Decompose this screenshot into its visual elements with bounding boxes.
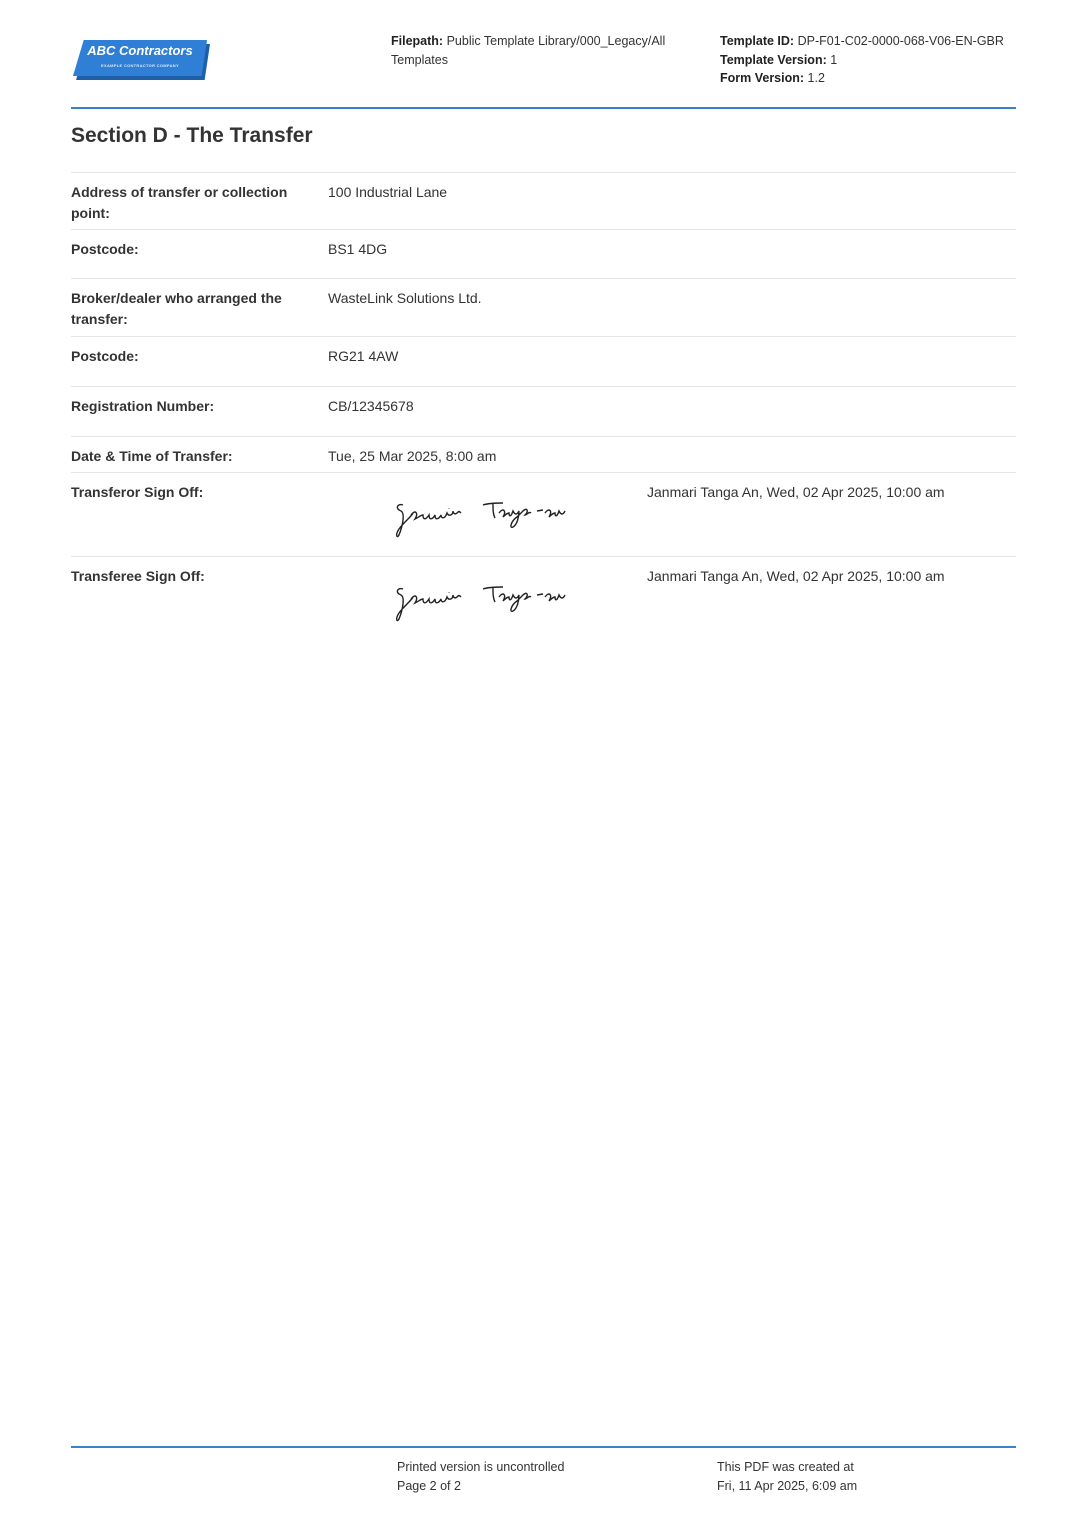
table-row: Postcode: RG21 4AW	[71, 336, 1016, 386]
signer-details: Janmari Tanga An, Wed, 02 Apr 2025, 10:0…	[647, 566, 945, 587]
table-row: Postcode: BS1 4DG	[71, 229, 1016, 278]
logo-title: ABC Contractors	[73, 43, 207, 58]
template-id: Template ID: DP-F01-C02-0000-068-V06-EN-…	[720, 32, 1020, 51]
company-logo: ABC Contractors EXAMPLE CONTRACTOR COMPA…	[73, 40, 209, 80]
logo-subtitle: EXAMPLE CONTRACTOR COMPANY	[73, 63, 207, 68]
row-label: Address of transfer or collection point:	[71, 182, 301, 224]
table-row: Registration Number: CB/12345678	[71, 386, 1016, 436]
row-label: Transferor Sign Off:	[71, 482, 301, 503]
page-header: ABC Contractors EXAMPLE CONTRACTOR COMPA…	[71, 28, 1016, 108]
row-label: Postcode:	[71, 346, 301, 367]
form-version-label: Form Version:	[720, 71, 804, 85]
header-divider	[71, 107, 1016, 109]
row-value: CB/12345678	[328, 396, 414, 417]
signer-details: Janmari Tanga An, Wed, 02 Apr 2025, 10:0…	[647, 482, 945, 503]
footer-divider	[71, 1446, 1016, 1448]
page-number: Page 2 of 2	[397, 1477, 564, 1496]
uncontrolled-notice: Printed version is uncontrolled	[397, 1458, 564, 1477]
template-version-value: 1	[830, 53, 837, 67]
row-label: Transferee Sign Off:	[71, 566, 301, 587]
filepath-label: Filepath:	[391, 34, 443, 48]
section-title: Section D - The Transfer	[71, 124, 313, 148]
row-label: Date & Time of Transfer:	[71, 446, 301, 467]
template-version-label: Template Version:	[720, 53, 827, 67]
template-id-value: DP-F01-C02-0000-068-V06-EN-GBR	[798, 34, 1004, 48]
transferee-signoff-row: Transferee Sign Off: Janmari Tanga An, W…	[71, 556, 1016, 637]
transferee-signature-image	[391, 579, 591, 623]
transferor-signature-image	[391, 495, 591, 539]
table-row: Date & Time of Transfer: Tue, 25 Mar 202…	[71, 436, 1016, 472]
row-label: Broker/dealer who arranged the transfer:	[71, 288, 301, 330]
template-info-block: Template ID: DP-F01-C02-0000-068-V06-EN-…	[720, 32, 1020, 88]
transferor-signoff-row: Transferor Sign Off: Janmari Tanga An, W…	[71, 472, 1016, 556]
transfer-details-table: Address of transfer or collection point:…	[71, 172, 1016, 637]
row-value: 100 Industrial Lane	[328, 182, 447, 203]
row-value: Tue, 25 Mar 2025, 8:00 am	[328, 446, 496, 467]
created-label: This PDF was created at	[717, 1458, 857, 1477]
footer-left: Printed version is uncontrolled Page 2 o…	[397, 1458, 564, 1496]
form-version: Form Version: 1.2	[720, 69, 1020, 88]
template-version: Template Version: 1	[720, 51, 1020, 70]
row-value: RG21 4AW	[328, 346, 398, 367]
row-label: Registration Number:	[71, 396, 301, 417]
table-row: Address of transfer or collection point:…	[71, 172, 1016, 229]
row-value: WasteLink Solutions Ltd.	[328, 288, 482, 309]
row-value: BS1 4DG	[328, 239, 387, 260]
table-row: Broker/dealer who arranged the transfer:…	[71, 278, 1016, 336]
template-id-label: Template ID:	[720, 34, 794, 48]
created-timestamp: Fri, 11 Apr 2025, 6:09 am	[717, 1477, 857, 1496]
filepath-block: Filepath: Public Template Library/000_Le…	[391, 32, 691, 69]
footer-right: This PDF was created at Fri, 11 Apr 2025…	[717, 1458, 857, 1496]
form-version-value: 1.2	[808, 71, 825, 85]
row-label: Postcode:	[71, 239, 301, 260]
